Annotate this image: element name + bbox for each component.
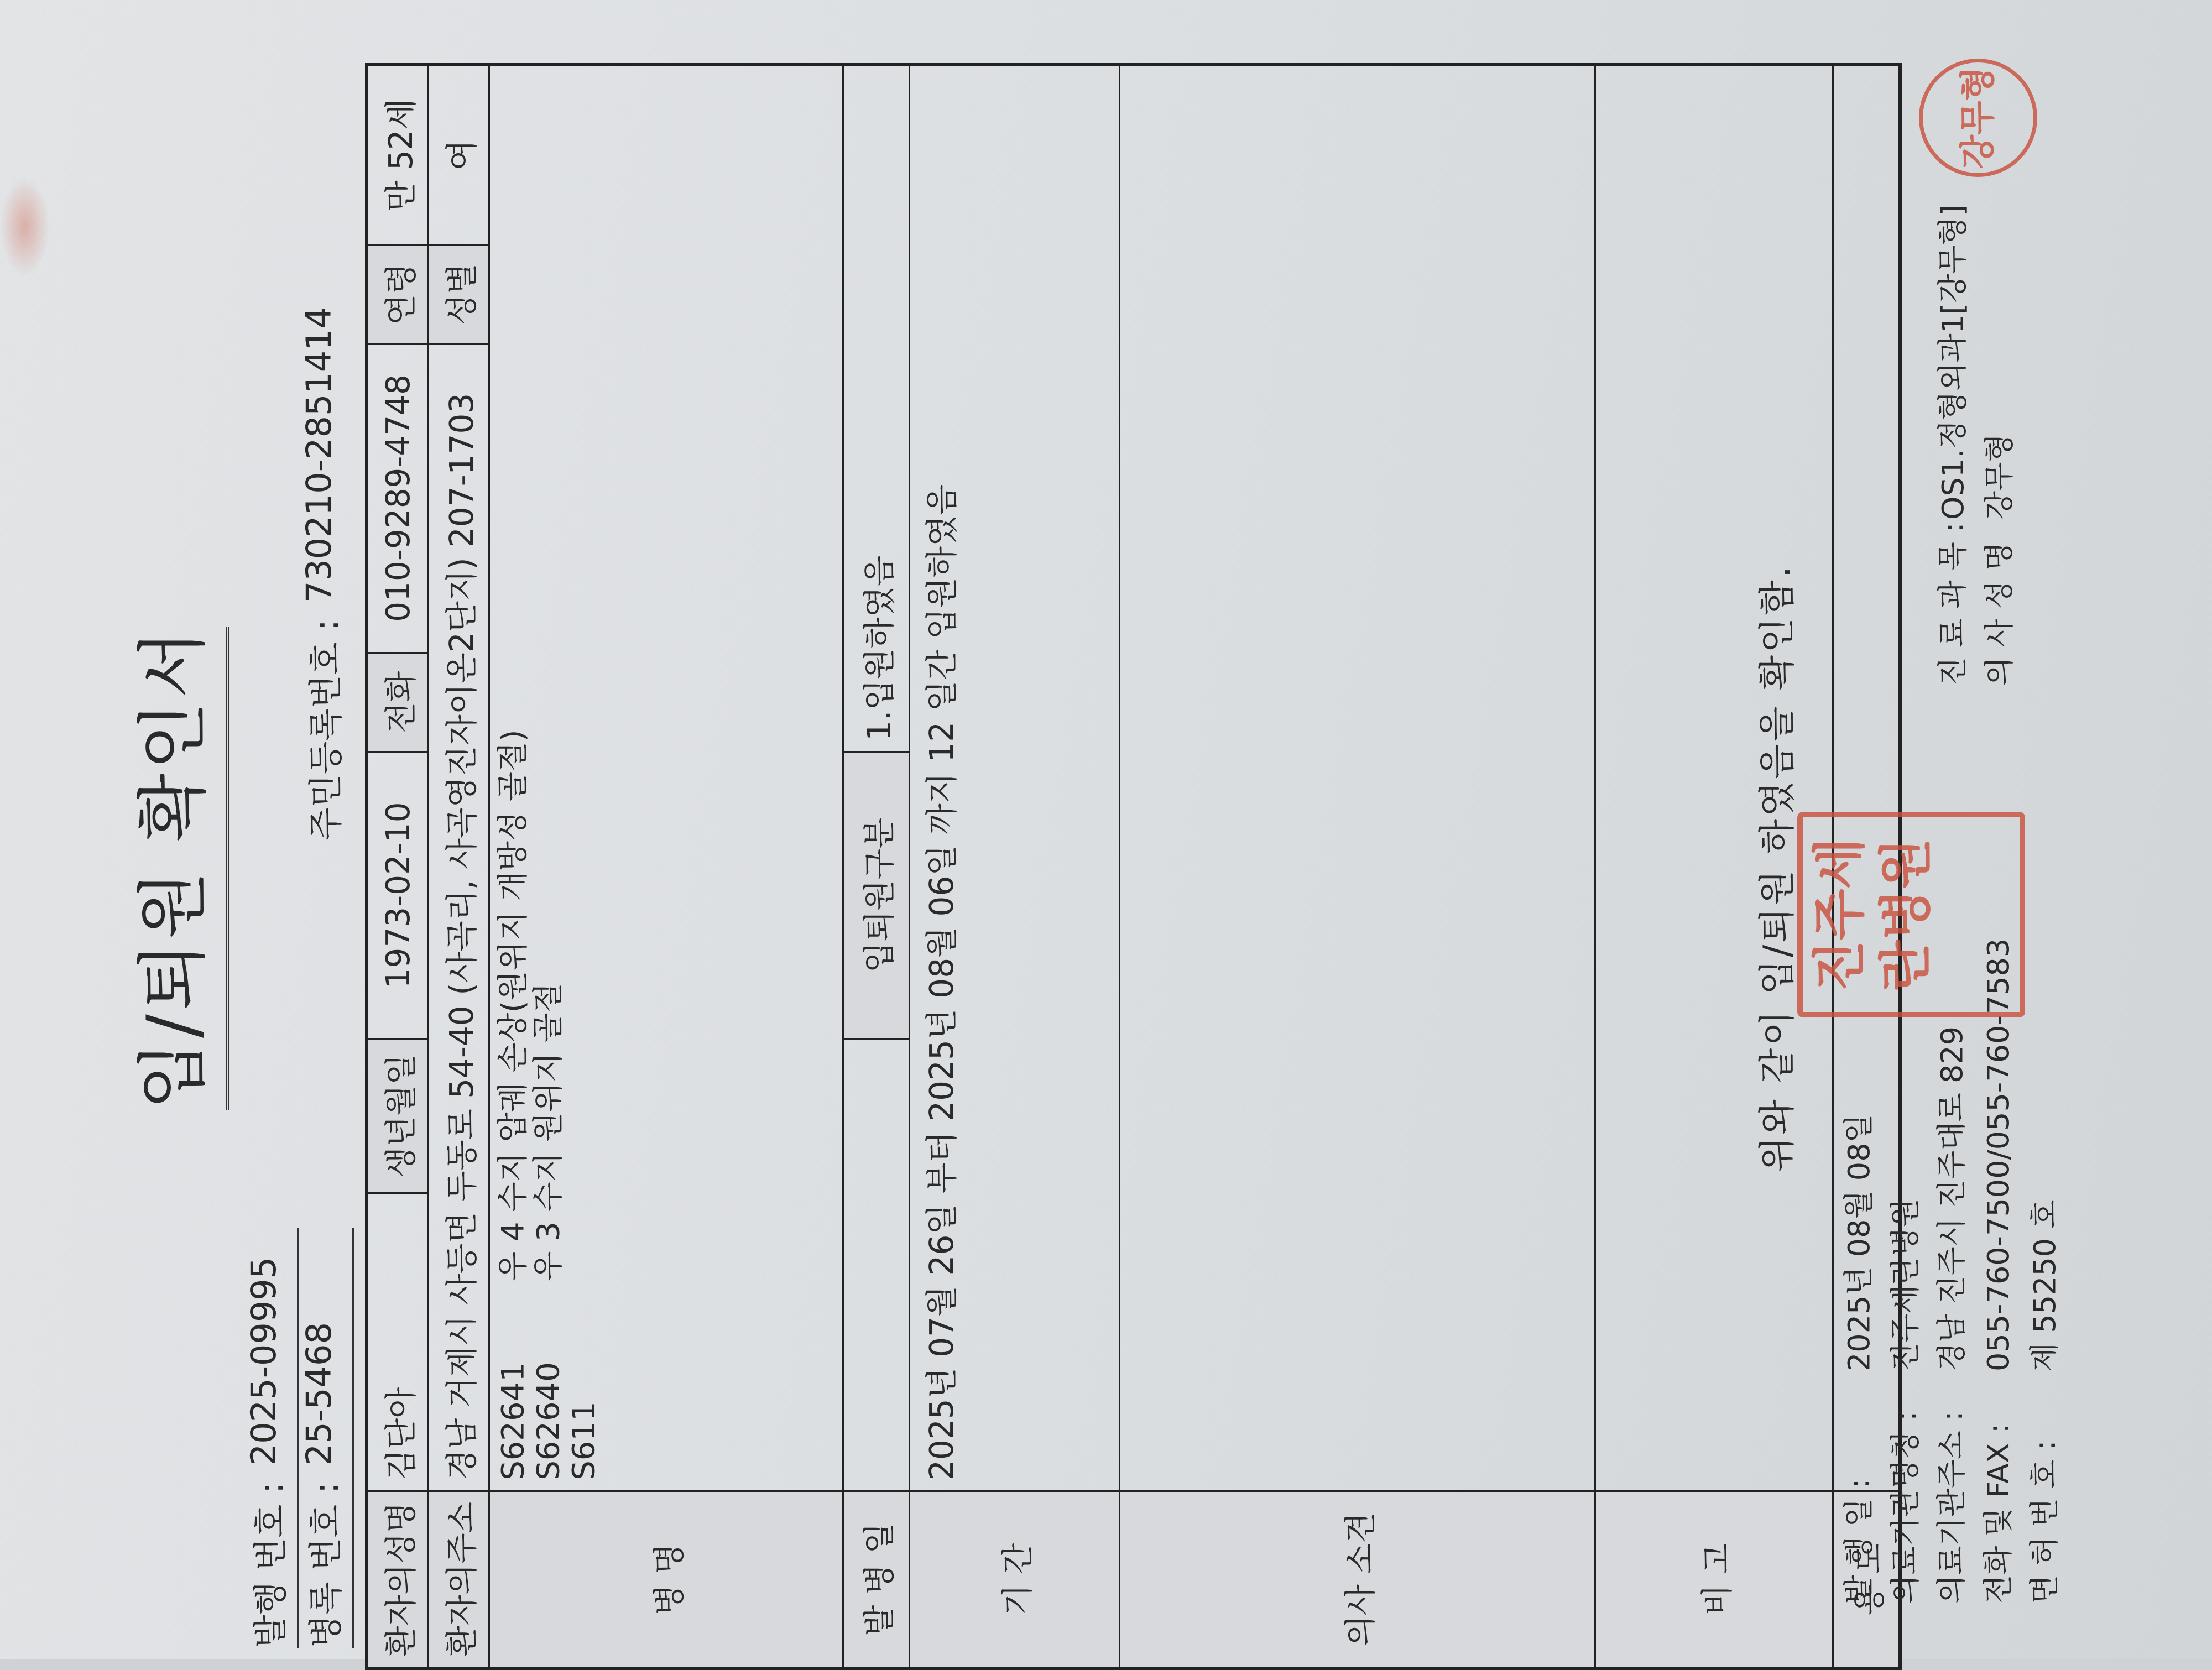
row-address: 환자의주소 경남 거제시 사등면 두동로 54-40 (사곡리, 사곡영진자이온… [429,66,489,1659]
diagnosis-item: S62641우 4 수지 압궤 손상(원위지 개방성 골절) [495,76,531,1480]
certificate-table: 환자의성명 김단아 생년월일 1973-02-10 전화 010-9289-47… [365,63,1902,1659]
row-period: 기 간 2025년 07월 26일 부터 2025년 08월 06일 까지 12… [910,66,1120,1659]
row-name: 환자의성명 김단아 생년월일 1973-02-10 전화 010-9289-47… [368,66,429,1659]
admission-discharge-certificate: 입/퇴원 확인서 발행 번호 : 2025-09995 병록 번호 : 25-5… [77,66,2135,1659]
diagnosis-list: S62641우 4 수지 압궤 손상(원위지 개방성 골절) S62640우 3… [489,66,843,1491]
record-number: 병록 번호 : 25-5468 [299,1228,354,1648]
row-onset: 발 병 일 입퇴원구분 1.입원하였음 [843,66,910,1659]
hospital-seal-stamp: 진주세란병원 [1797,812,2025,1017]
photo-background: 입/퇴원 확인서 발행 번호 : 2025-09995 병록 번호 : 25-5… [0,0,2212,1659]
doctor-info: 진 료 과 목 :OS1.정형외과1[강무형] 의 사 성 명강무형 [1930,205,2023,686]
diagnosis-item: S62640우 3 수지 원위지 골절 [531,76,566,1480]
page-title: 입/퇴원 확인서 [116,66,229,1659]
ink-smudge [0,177,50,276]
row-diagnosis: 병 명 S62641우 4 수지 압궤 손상(원위지 개방성 골절) S6264… [489,66,843,1659]
row-doctor-opinion: 의사 소견 [1120,66,1595,1659]
diagnosis-item: S611 [566,76,602,1480]
issuer-info: 발 행 일 :2025년 08월 08일 의료기관명칭 :진주세란병원 의료기관… [1836,938,2068,1604]
doctor-seal-stamp: 강무형 [1919,59,2037,177]
issue-number: 발행 번호 : 2025-09995 [243,1228,299,1648]
resident-registration-number: 주민등록번호 : 730210-2851414 [299,288,352,841]
confirmation-text: 위와 같이 입/퇴원 하였음을 확인함. [1747,66,1800,1659]
